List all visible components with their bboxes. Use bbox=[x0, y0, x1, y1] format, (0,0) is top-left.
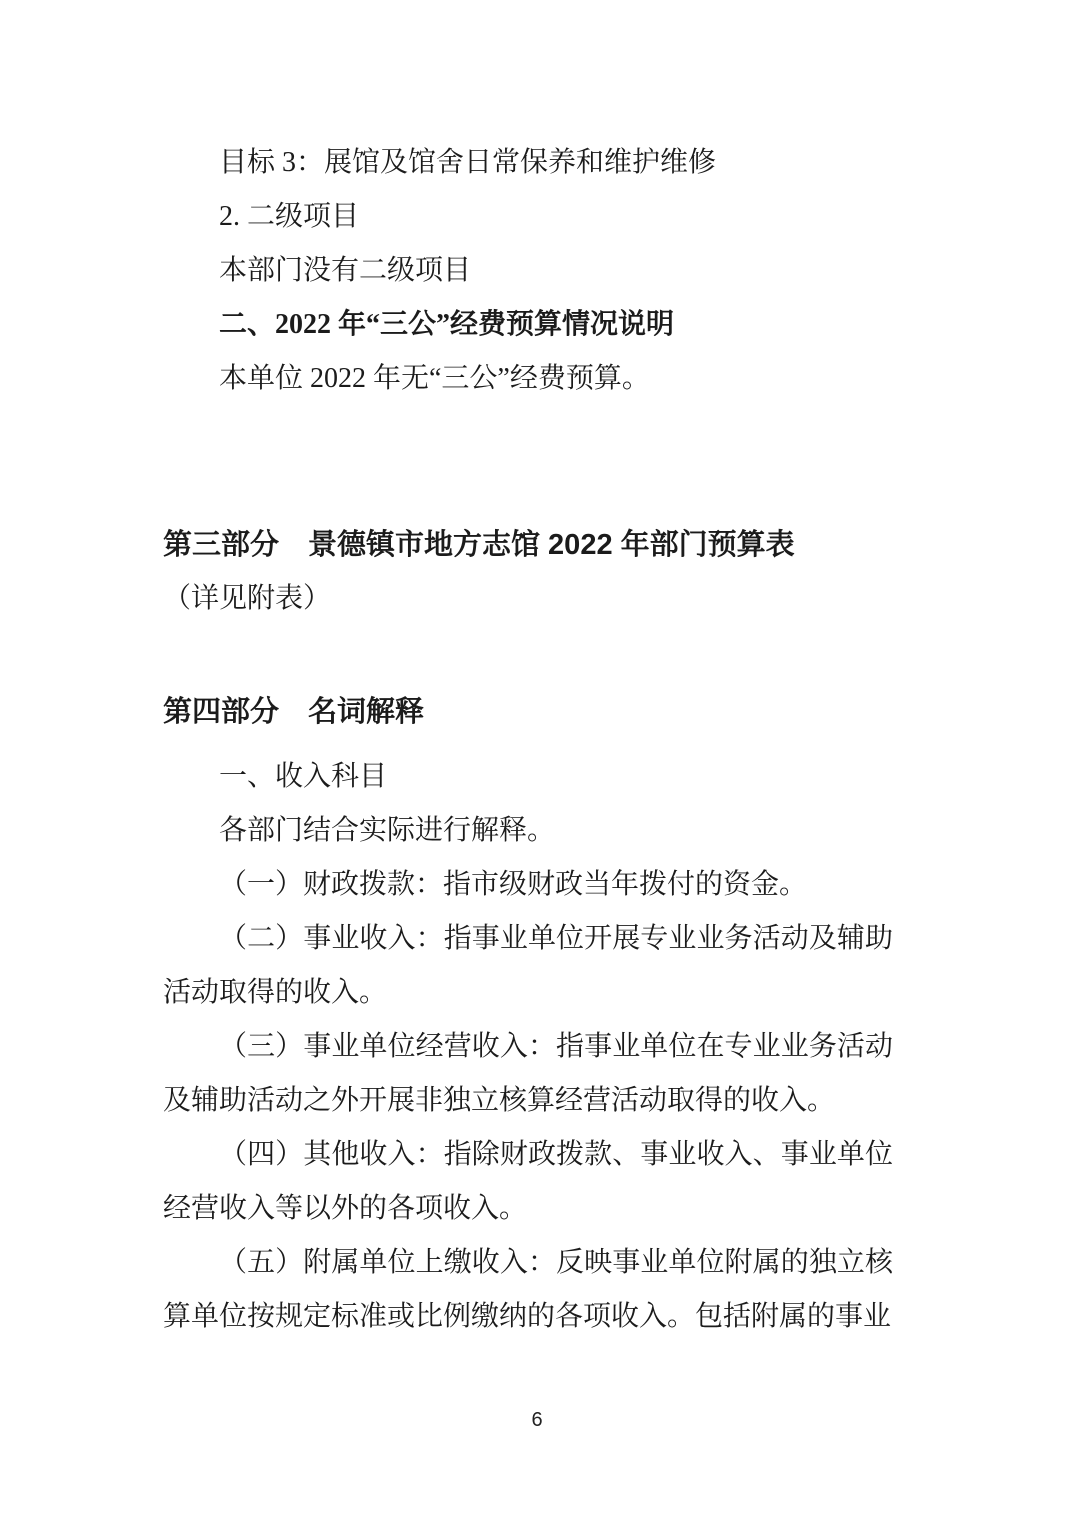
paragraph-affiliated-unit-income: （五）附属单位上缴收入：反映事业单位附属的独立核算单位按规定标准或比例缴纳的各项… bbox=[163, 1236, 893, 1344]
paragraph-fiscal-appropriation: （一）财政拨款：指市级财政当年拨付的资金。 bbox=[163, 858, 893, 912]
paragraph-no-secondary-projects: 本部门没有二级项目 bbox=[163, 244, 893, 298]
page-number: 6 bbox=[0, 1406, 1074, 1434]
paragraph-no-three-public-budget: 本单位 2022 年无“三公”经费预算。 bbox=[163, 352, 893, 406]
page-content: 目标 3：展馆及馆舍日常保养和维护维修 2. 二级项目 本部门没有二级项目 二、… bbox=[163, 136, 893, 1344]
paragraph-departments-explain: 各部门结合实际进行解释。 bbox=[163, 804, 893, 858]
document-page: 目标 3：展馆及馆舍日常保养和维护维修 2. 二级项目 本部门没有二级项目 二、… bbox=[0, 0, 1074, 1520]
paragraph-business-income: （二）事业收入：指事业单位开展专业业务活动及辅助活动取得的收入。 bbox=[163, 912, 893, 1020]
paragraph-goal-3: 目标 3：展馆及馆舍日常保养和维护维修 bbox=[163, 136, 893, 190]
heading-part-three-budget-tables: 第三部分 景德镇市地方志馆 2022 年部门预算表 bbox=[163, 518, 893, 572]
heading-three-public-funds: 二、2022 年“三公”经费预算情况说明 bbox=[163, 298, 893, 352]
paragraph-secondary-projects-label: 2. 二级项目 bbox=[163, 190, 893, 244]
paragraph-see-attached-tables: （详见附表） bbox=[163, 572, 893, 626]
paragraph-other-income: （四）其他收入：指除财政拨款、事业收入、事业单位经营收入等以外的各项收入。 bbox=[163, 1128, 893, 1236]
heading-part-four-glossary: 第四部分 名词解释 bbox=[163, 685, 893, 739]
paragraph-business-operation-income: （三）事业单位经营收入：指事业单位在专业业务活动及辅助活动之外开展非独立核算经营… bbox=[163, 1020, 893, 1128]
paragraph-income-subjects: 一、收入科目 bbox=[163, 750, 893, 804]
